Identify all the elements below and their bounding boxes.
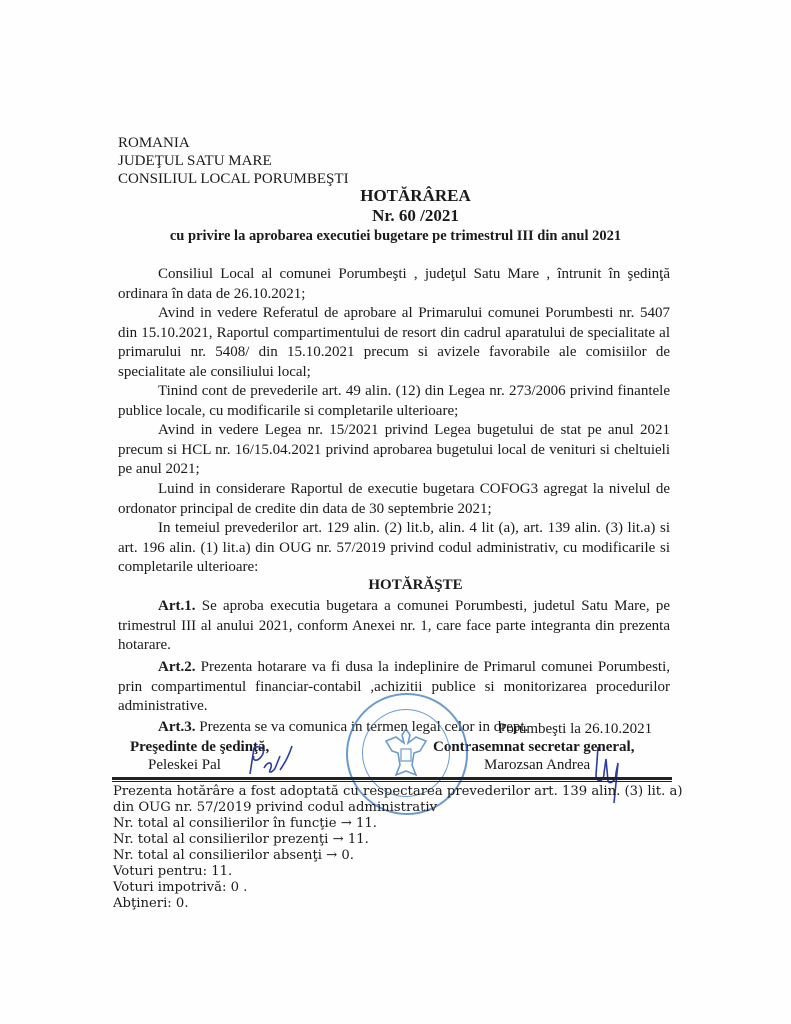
header-country: ROMANIA: [118, 134, 190, 152]
document-subject: cu privire la aprobarea executiei bugeta…: [0, 228, 791, 245]
votes-for: Voturi pentru: 11.: [113, 864, 232, 880]
abstentions: Abţineri: 0.: [113, 896, 189, 912]
footer-adoption-note: Prezenta hotărâre a fost adoptată cu res…: [113, 784, 683, 800]
preamble-legal-basis: In temeiul prevederilor art. 129 alin. (…: [118, 519, 670, 578]
secretary-name: Marozsan Andrea: [484, 756, 590, 774]
article-1: Art.1. Se aproba executia bugetara a com…: [118, 597, 670, 656]
article-1-text: Se aproba executia bugetara a comunei Po…: [118, 598, 670, 653]
councilors-in-office: Nr. total al consilierilor în funcţie → …: [113, 816, 377, 832]
preamble-cofog3: Luind in considerare Raportul de executi…: [118, 480, 670, 519]
article-3-label: Art.3.: [158, 719, 196, 735]
decides-heading: HOTĂRĂŞTE: [0, 577, 791, 594]
councilors-absent: Nr. total al consilierilor absenţi → 0.: [113, 848, 354, 864]
document-number: Nr. 60 /2021: [0, 206, 791, 226]
place-date: Porumbeşti la 26.10.2021: [498, 720, 652, 738]
header-county: JUDEŢUL SATU MARE: [118, 152, 272, 170]
article-2-label: Art.2.: [158, 659, 196, 675]
preamble-referat: Avind in vedere Referatul de aprobare al…: [118, 304, 670, 382]
preamble-law-273: Tinind cont de prevederile art. 49 alin.…: [118, 382, 670, 421]
president-name: Peleskei Pal: [148, 756, 221, 774]
preamble-convening: Consiliul Local al comunei Porumbeşti , …: [118, 265, 670, 304]
councilors-present: Nr. total al consilierilor prezenţi → 11…: [113, 832, 369, 848]
votes-against: Voturi impotrivă: 0 .: [113, 880, 247, 896]
document-page: ROMANIA JUDEŢUL SATU MARE CONSILIUL LOCA…: [0, 0, 791, 1024]
footer-divider-thin: [112, 781, 672, 782]
coat-of-arms-eagle-icon: [382, 723, 430, 781]
document-type: HOTĂRÂREA: [0, 186, 791, 206]
footer-divider: [112, 777, 672, 780]
president-signature: [246, 742, 296, 778]
preamble-law-15: Avind in vedere Legea nr. 15/2021 privin…: [118, 421, 670, 480]
footer-legal-ref: din OUG nr. 57/2019 privind codul admini…: [113, 800, 437, 816]
article-1-label: Art.1.: [158, 598, 196, 614]
